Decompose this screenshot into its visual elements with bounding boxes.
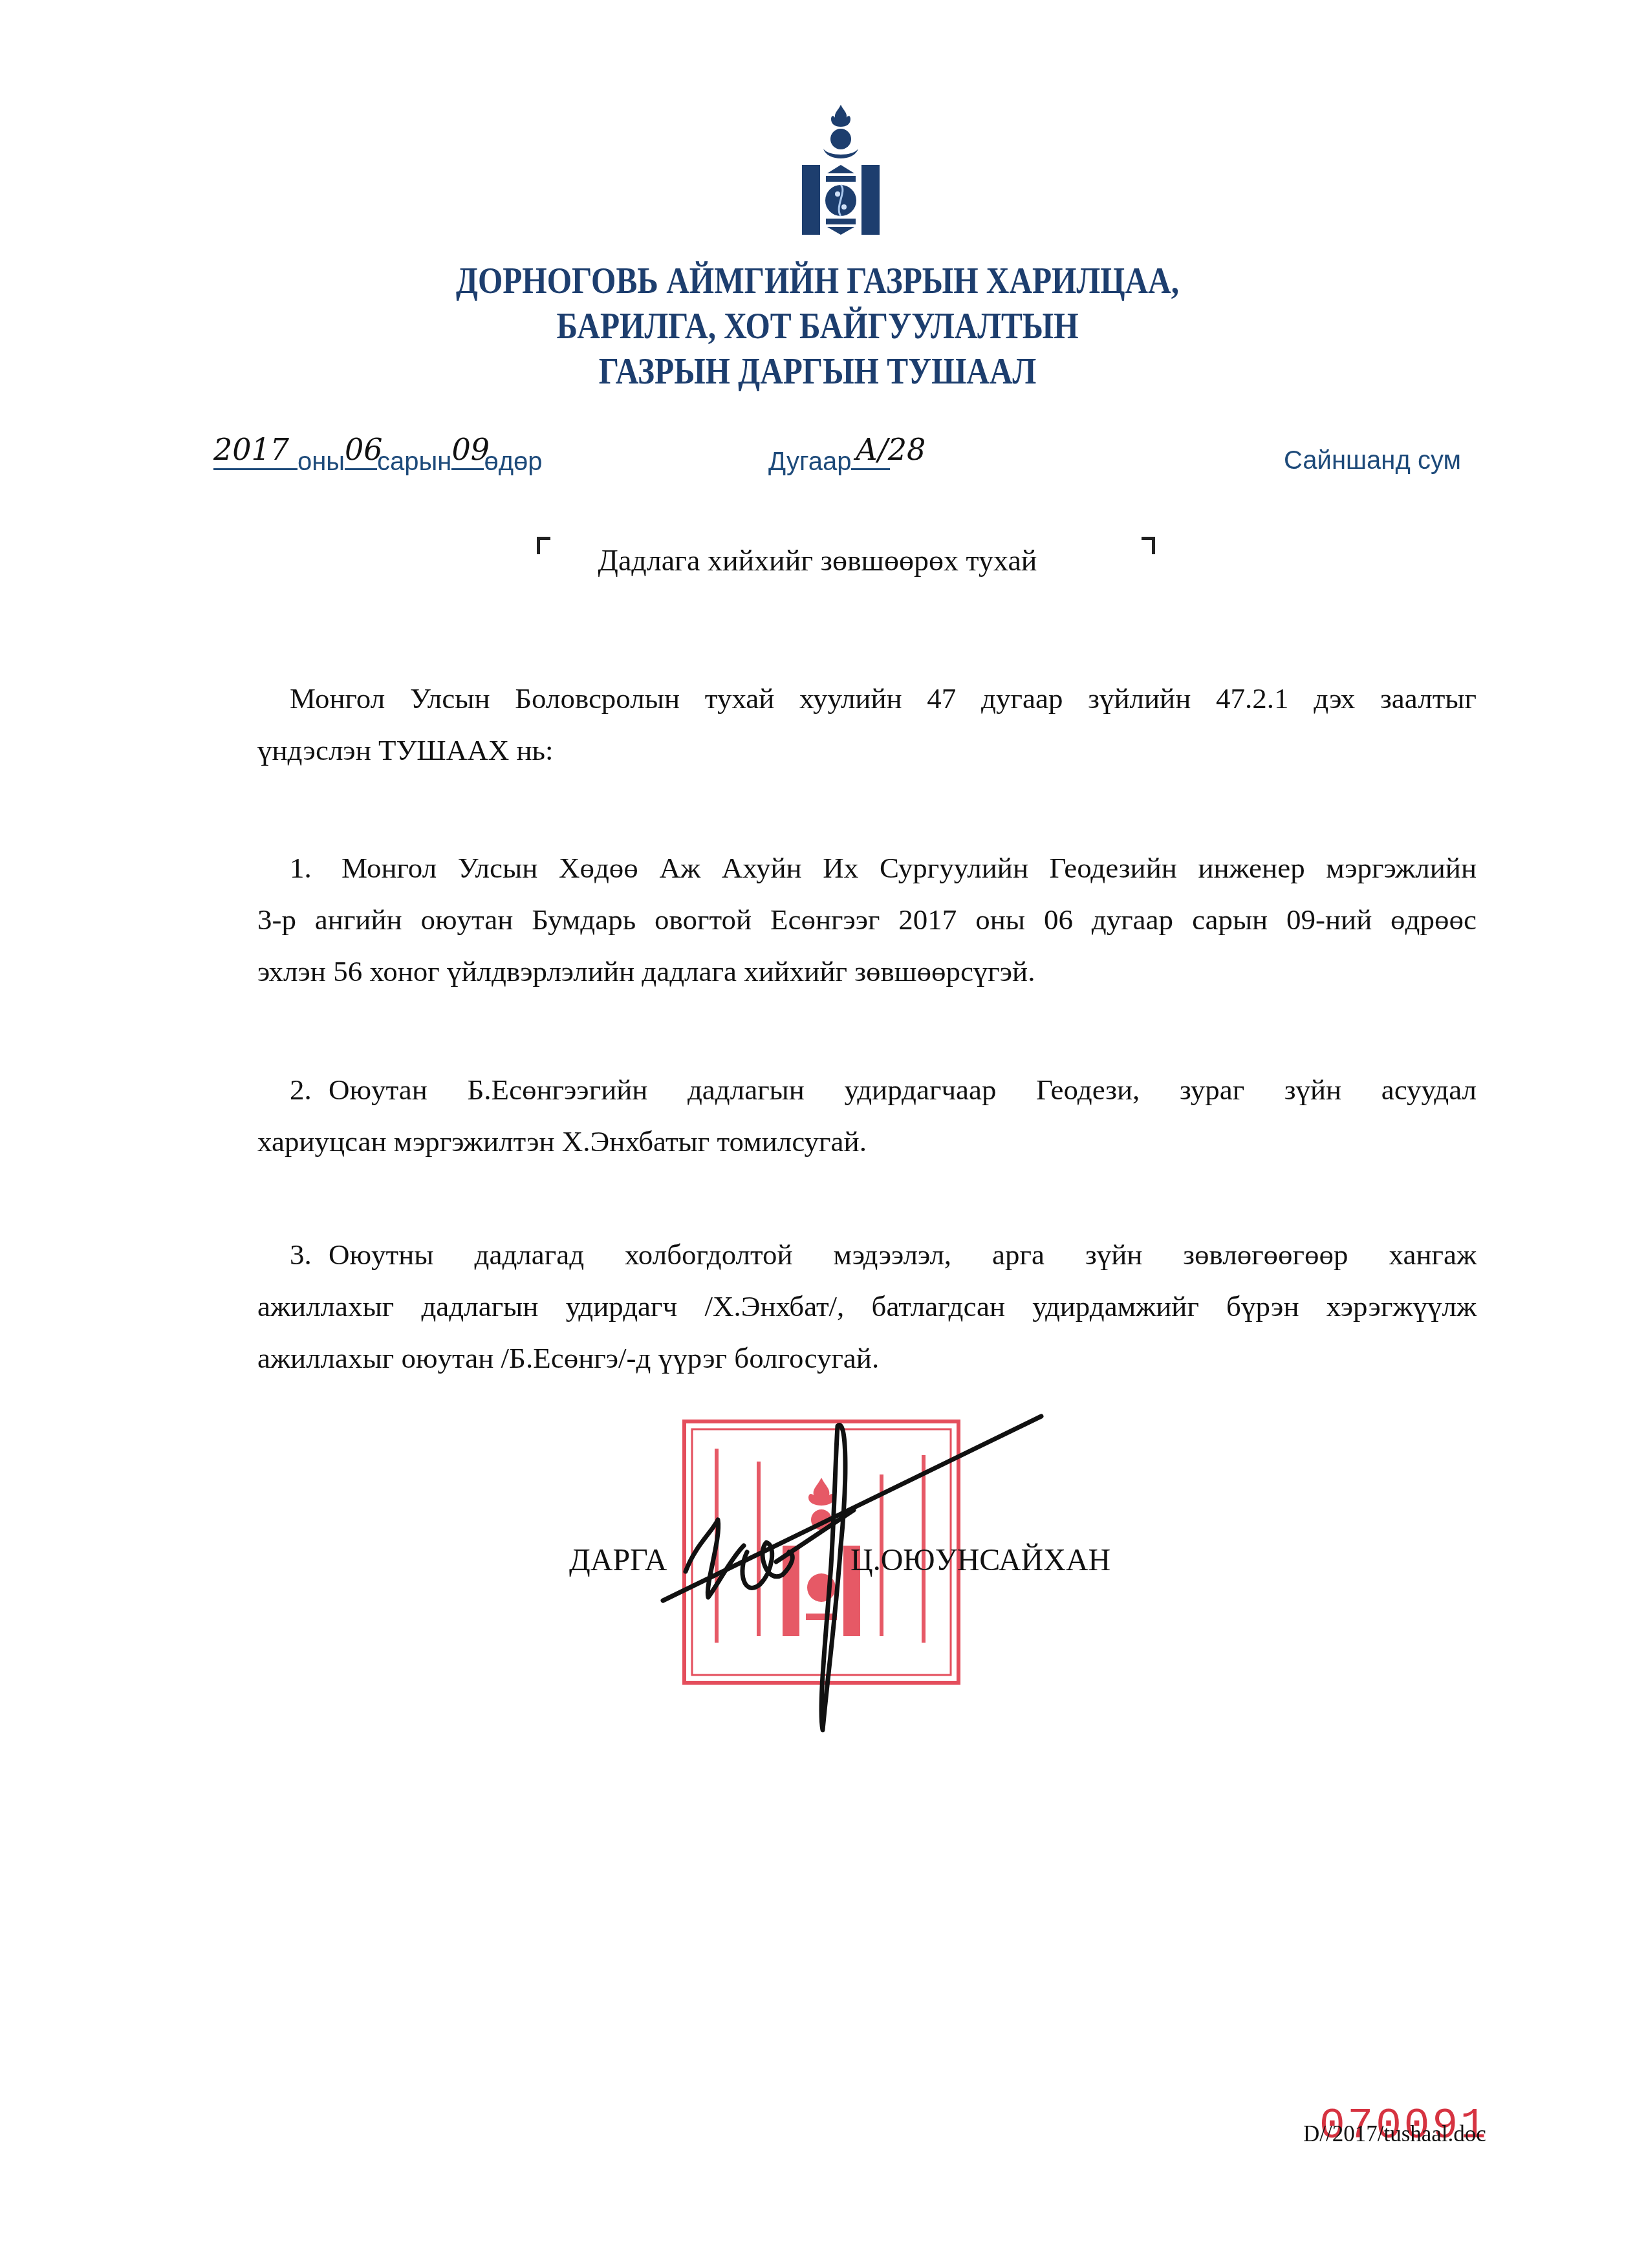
month-label: сарын — [377, 448, 451, 476]
order-item-2: 2.Оюутан Б.Есөнгээгийн дадлагын удирдагч… — [257, 1064, 1477, 1167]
place: Сайншанд сум — [1284, 446, 1461, 475]
heading-line-1: ДОРНОГОВЬ АЙМГИЙН ГАЗРЫН ХАРИЛЦАА, — [98, 259, 1537, 304]
preamble: Монгол Улсын Боловсролын тухай хуулийн 4… — [257, 673, 1477, 776]
day-label: өдөр — [484, 448, 542, 476]
order-item-1: 1.Монгол Улсын Хөдөө Аж Ахуйн Их Сургуул… — [257, 842, 1477, 997]
order-item-line: 3.Оюутны дадлагад холбогдолтой мэдээлэл,… — [257, 1229, 1477, 1280]
document-file-path: D//2017/tushaal.doc — [1303, 2121, 1486, 2147]
number-label: Дугаар — [768, 448, 851, 476]
heading-line-3: ГАЗРЫН ДАРГЫН ТУШААЛ — [98, 349, 1537, 394]
order-item-line: 1.Монгол Улсын Хөдөө Аж Ахуйн Их Сургуул… — [257, 842, 1477, 894]
year-label: оны — [298, 448, 345, 476]
heading-line-2: БАРИЛГА, ХОТ БАЙГУУЛАЛТЫН — [98, 304, 1537, 349]
item-number: 2. — [290, 1064, 329, 1116]
preamble-line: Монгол Улсын Боловсролын тухай хуулийн 4… — [257, 673, 1477, 724]
year-handwritten: 2017 — [213, 432, 289, 467]
item-number: 1. — [290, 842, 341, 894]
year-blank: 2017 — [213, 446, 298, 470]
order-item-line: эхлэн 56 хоног үйлдвэрлэлийн дадлага хий… — [257, 945, 1477, 997]
month-handwritten: 06 — [345, 432, 383, 467]
order-item-line: хариуцсан мэргэжилтэн Х.Энхбатыг томилсу… — [257, 1116, 1477, 1167]
subject-title: Дадлага хийхийг зөвшөөрөх тухай — [0, 543, 1635, 578]
number-handwritten: А/28 — [855, 432, 926, 467]
order-item-line: 2.Оюутан Б.Есөнгээгийн дадлагын удирдагч… — [257, 1064, 1477, 1116]
preamble-line: үндэслэн ТУШААХ нь: — [257, 724, 1477, 776]
order-item-line: ажиллахыг оюутан /Б.Есөнгэ/-д үүрэг болг… — [257, 1332, 1477, 1384]
number-field: ДугаарА/28 — [768, 446, 890, 477]
date-field: 2017оны06сарын09өдөр — [213, 446, 543, 477]
state-emblem-icon — [799, 103, 883, 236]
number-blank: А/28 — [851, 446, 890, 470]
item-number: 3. — [290, 1229, 329, 1280]
order-item-line: ажиллахыг дадлагын удирдагч /Х.Энхбат/, … — [257, 1280, 1477, 1332]
day-blank: 09 — [451, 446, 484, 470]
handwritten-signature-icon — [582, 1403, 1074, 1740]
order-item-line: 3-р ангийн оюутан Бумдарь овогтой Есөнгэ… — [257, 894, 1477, 945]
month-blank: 06 — [345, 446, 377, 470]
order-item-3: 3.Оюутны дадлагад холбогдолтой мэдээлэл,… — [257, 1229, 1477, 1384]
day-handwritten: 09 — [451, 432, 490, 467]
